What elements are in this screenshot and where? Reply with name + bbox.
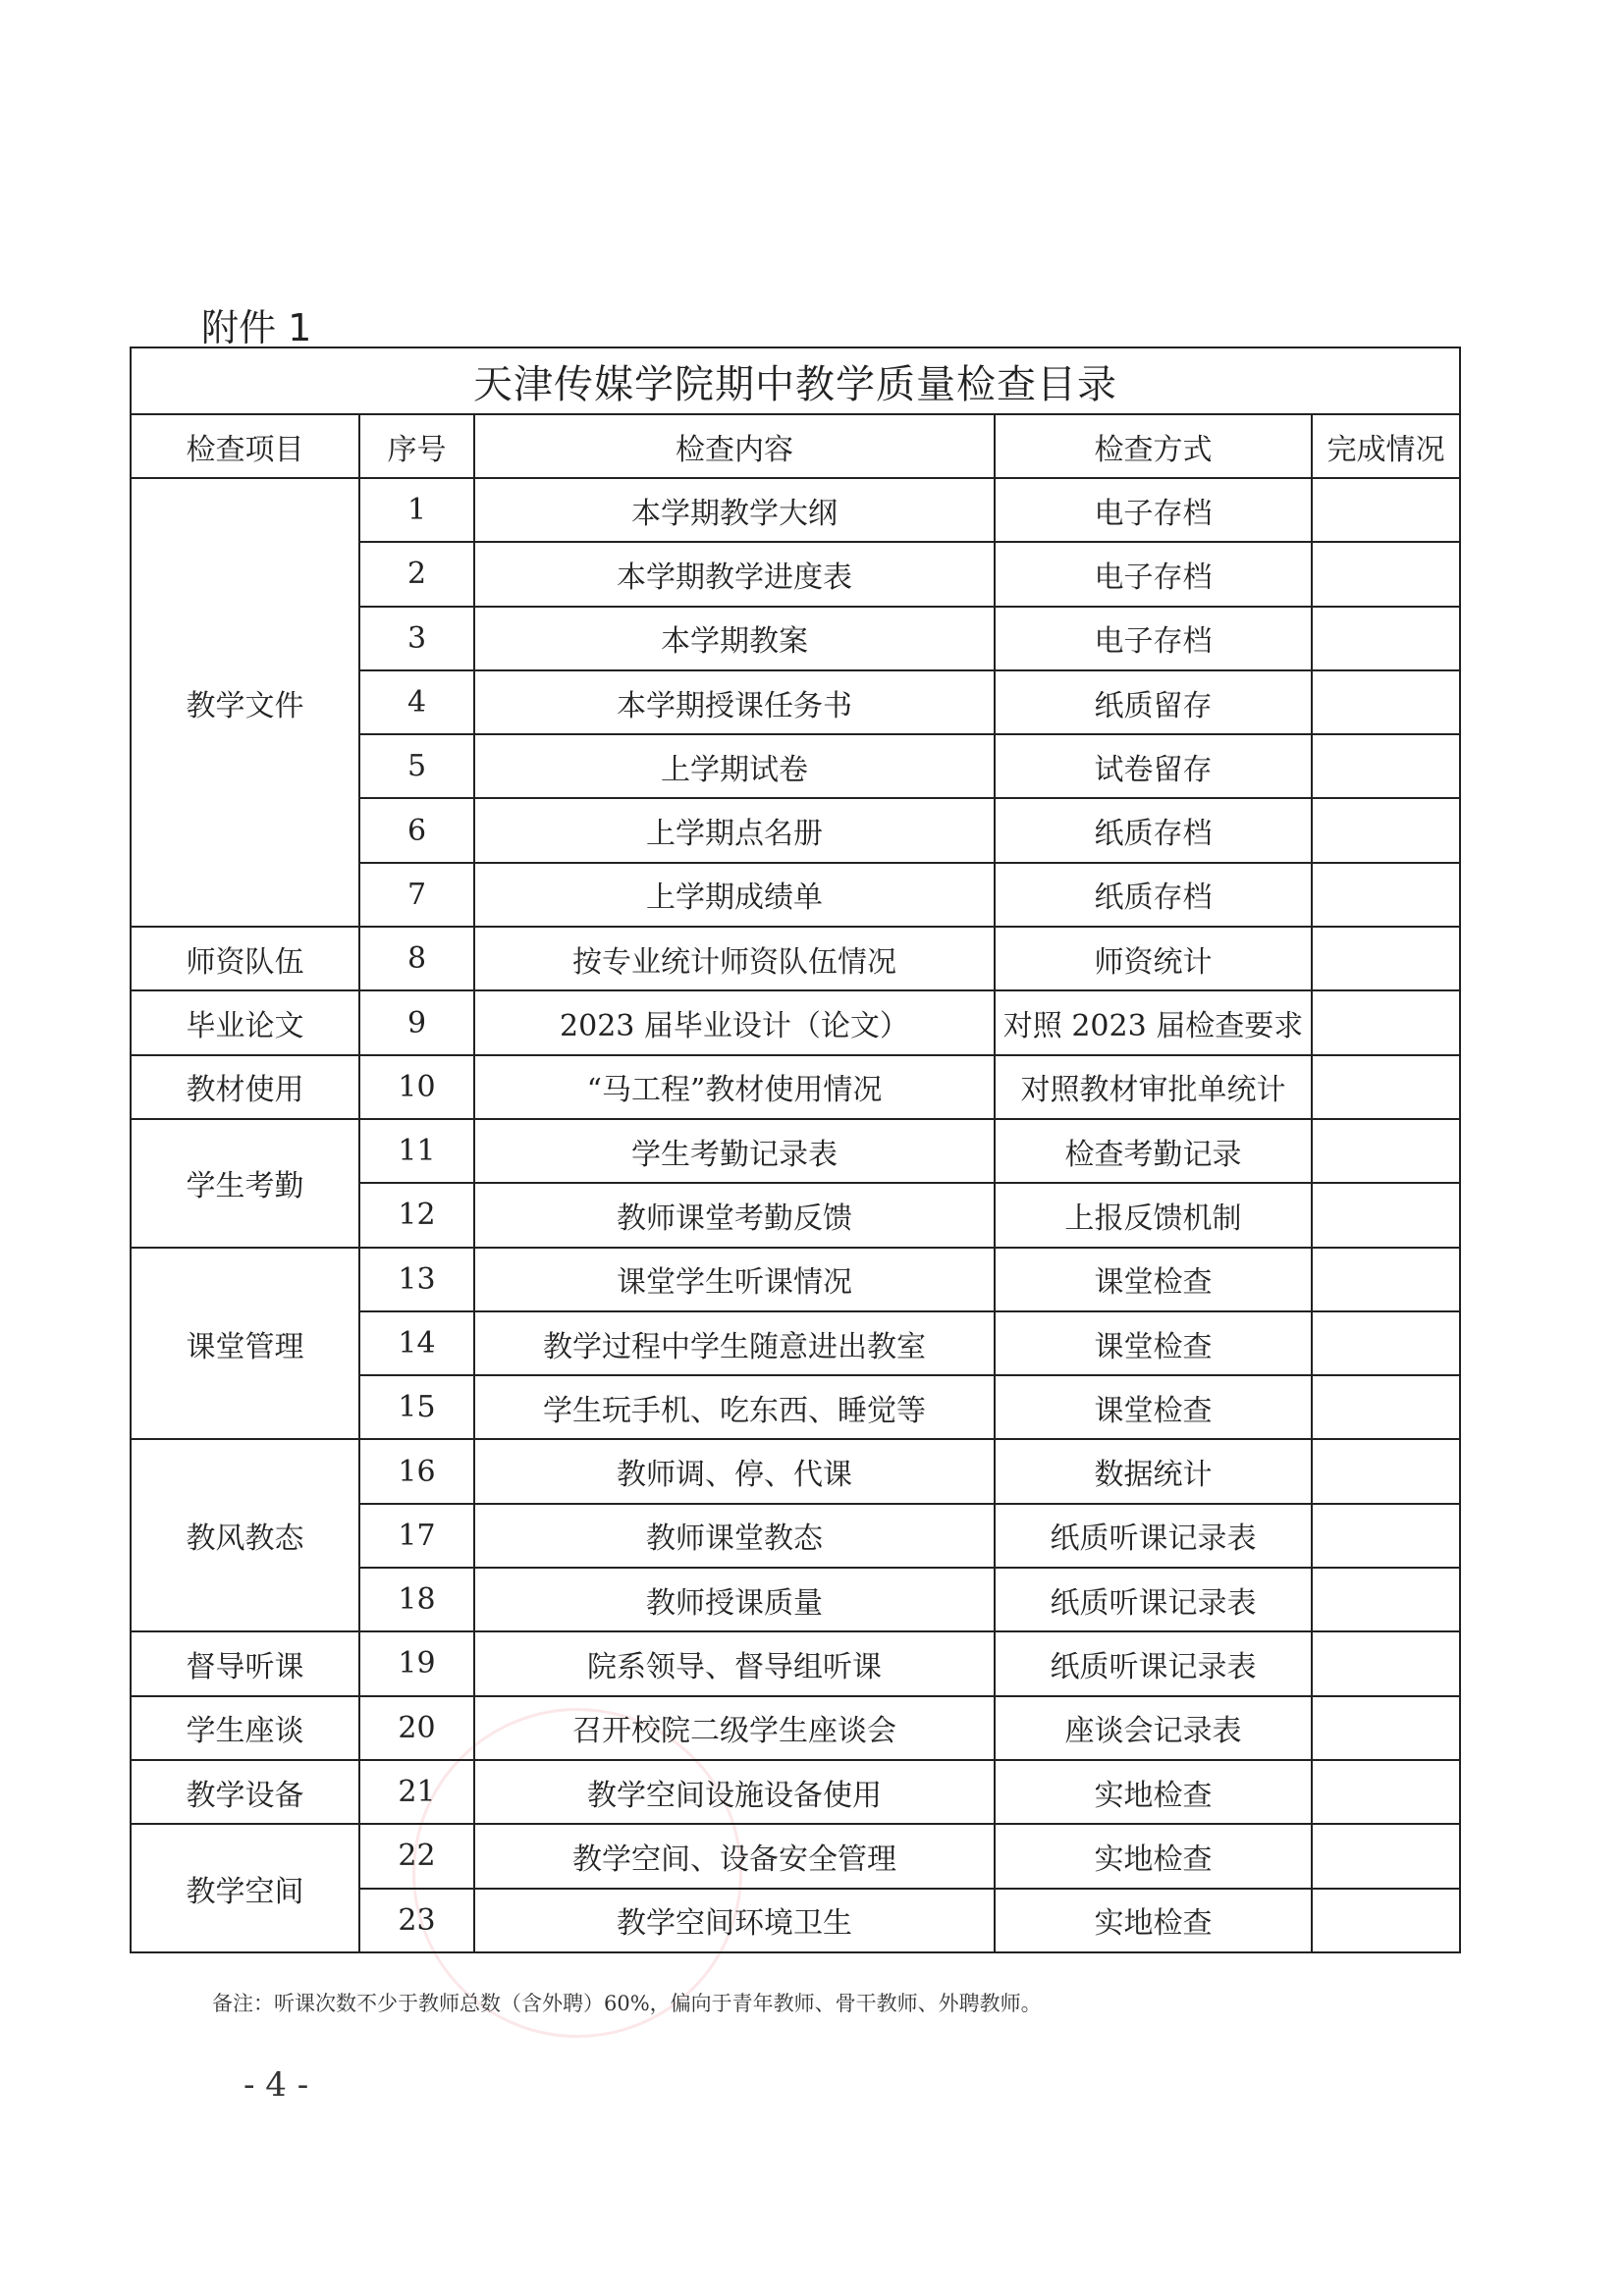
- content-cell: 教学空间、设备安全管理: [474, 1824, 995, 1888]
- row-number-cell: 20: [359, 1696, 474, 1760]
- status-cell[interactable]: [1312, 1375, 1460, 1439]
- category-cell: 课堂管理: [131, 1248, 359, 1440]
- content-cell: 本学期授课任务书: [474, 670, 995, 734]
- method-cell: 座谈会记录表: [995, 1696, 1312, 1760]
- row-number-cell: 11: [359, 1119, 474, 1183]
- status-cell[interactable]: [1312, 1183, 1460, 1247]
- method-cell: 对照 2023 届检查要求: [995, 990, 1312, 1054]
- content-cell: 上学期点名册: [474, 798, 995, 862]
- status-cell[interactable]: [1312, 863, 1460, 927]
- table-row: 学生座谈20召开校院二级学生座谈会座谈会记录表: [131, 1696, 1460, 1760]
- table-row: 毕业论文92023 届毕业设计（论文）对照 2023 届检查要求: [131, 990, 1460, 1054]
- content-cell: 教师调、停、代课: [474, 1439, 995, 1503]
- status-cell[interactable]: [1312, 1504, 1460, 1568]
- method-cell: 电子存档: [995, 607, 1312, 670]
- row-number-cell: 14: [359, 1311, 474, 1375]
- table-row: 督导听课19院系领导、督导组听课纸质听课记录表: [131, 1631, 1460, 1695]
- content-cell: 本学期教学进度表: [474, 542, 995, 606]
- row-number-cell: 9: [359, 990, 474, 1054]
- status-cell[interactable]: [1312, 1824, 1460, 1888]
- content-cell: 上学期试卷: [474, 734, 995, 798]
- status-cell[interactable]: [1312, 1119, 1460, 1183]
- header-content: 检查内容: [474, 414, 995, 478]
- content-cell: 教学空间设施设备使用: [474, 1760, 995, 1824]
- category-cell: 师资队伍: [131, 927, 359, 990]
- method-cell: 电子存档: [995, 542, 1312, 606]
- status-cell[interactable]: [1312, 734, 1460, 798]
- method-cell: 试卷留存: [995, 734, 1312, 798]
- content-cell: 本学期教学大纲: [474, 478, 995, 542]
- attachment-label: 附件 1: [201, 297, 311, 351]
- row-number-cell: 23: [359, 1889, 474, 1952]
- content-cell: 教学空间环境卫生: [474, 1889, 995, 1952]
- status-cell[interactable]: [1312, 1439, 1460, 1503]
- category-cell: 教学空间: [131, 1824, 359, 1952]
- content-cell: 召开校院二级学生座谈会: [474, 1696, 995, 1760]
- row-number-cell: 21: [359, 1760, 474, 1824]
- category-cell: 学生座谈: [131, 1696, 359, 1760]
- status-cell[interactable]: [1312, 1631, 1460, 1695]
- category-cell: 教风教态: [131, 1439, 359, 1631]
- status-cell[interactable]: [1312, 990, 1460, 1054]
- table-row: 教学设备21教学空间设施设备使用实地检查: [131, 1760, 1460, 1824]
- header-category: 检查项目: [131, 414, 359, 478]
- row-number-cell: 22: [359, 1824, 474, 1888]
- table-row: 课堂管理13课堂学生听课情况课堂检查: [131, 1248, 1460, 1311]
- row-number-cell: 19: [359, 1631, 474, 1695]
- category-cell: 教材使用: [131, 1055, 359, 1119]
- method-cell: 课堂检查: [995, 1311, 1312, 1375]
- method-cell: 实地检查: [995, 1889, 1312, 1952]
- content-cell: 院系领导、督导组听课: [474, 1631, 995, 1695]
- footnote: 备注：听课次数不少于教师总数（含外聘）60%，偏向于青年教师、骨干教师、外聘教师…: [212, 1988, 1042, 2017]
- row-number-cell: 1: [359, 478, 474, 542]
- status-cell[interactable]: [1312, 1055, 1460, 1119]
- table-row: 教学空间22教学空间、设备安全管理实地检查: [131, 1824, 1460, 1888]
- method-cell: 实地检查: [995, 1760, 1312, 1824]
- row-number-cell: 16: [359, 1439, 474, 1503]
- status-cell[interactable]: [1312, 1568, 1460, 1631]
- table-row: 教学文件1本学期教学大纲电子存档: [131, 478, 1460, 542]
- method-cell: 纸质存档: [995, 863, 1312, 927]
- method-cell: 纸质留存: [995, 670, 1312, 734]
- content-cell: 本学期教案: [474, 607, 995, 670]
- method-cell: 对照教材审批单统计: [995, 1055, 1312, 1119]
- method-cell: 电子存档: [995, 478, 1312, 542]
- method-cell: 数据统计: [995, 1439, 1312, 1503]
- row-number-cell: 6: [359, 798, 474, 862]
- content-cell: 学生考勤记录表: [474, 1119, 995, 1183]
- status-cell[interactable]: [1312, 798, 1460, 862]
- method-cell: 纸质听课记录表: [995, 1631, 1312, 1695]
- content-cell: 按专业统计师资队伍情况: [474, 927, 995, 990]
- status-cell[interactable]: [1312, 1311, 1460, 1375]
- content-cell: 课堂学生听课情况: [474, 1248, 995, 1311]
- header-method: 检查方式: [995, 414, 1312, 478]
- status-cell[interactable]: [1312, 670, 1460, 734]
- row-number-cell: 7: [359, 863, 474, 927]
- row-number-cell: 8: [359, 927, 474, 990]
- page-number: - 4 -: [243, 2065, 308, 2105]
- category-cell: 教学文件: [131, 478, 359, 927]
- method-cell: 课堂检查: [995, 1375, 1312, 1439]
- method-cell: 师资统计: [995, 927, 1312, 990]
- row-number-cell: 5: [359, 734, 474, 798]
- method-cell: 实地检查: [995, 1824, 1312, 1888]
- row-number-cell: 2: [359, 542, 474, 606]
- table-title: 天津传媒学院期中教学质量检查目录: [131, 347, 1460, 414]
- method-cell: 纸质听课记录表: [995, 1504, 1312, 1568]
- status-cell[interactable]: [1312, 1889, 1460, 1952]
- table-row: 学生考勤11学生考勤记录表检查考勤记录: [131, 1119, 1460, 1183]
- method-cell: 纸质听课记录表: [995, 1568, 1312, 1631]
- content-cell: 教师课堂考勤反馈: [474, 1183, 995, 1247]
- category-cell: 督导听课: [131, 1631, 359, 1695]
- content-cell: 教学过程中学生随意进出教室: [474, 1311, 995, 1375]
- method-cell: 课堂检查: [995, 1248, 1312, 1311]
- table-row: 教材使用10“马工程”教材使用情况对照教材审批单统计: [131, 1055, 1460, 1119]
- row-number-cell: 10: [359, 1055, 474, 1119]
- header-status: 完成情况: [1312, 414, 1460, 478]
- row-number-cell: 18: [359, 1568, 474, 1631]
- row-number-cell: 17: [359, 1504, 474, 1568]
- content-cell: 教师课堂教态: [474, 1504, 995, 1568]
- category-cell: 毕业论文: [131, 990, 359, 1054]
- row-number-cell: 12: [359, 1183, 474, 1247]
- category-cell: 教学设备: [131, 1760, 359, 1824]
- content-cell: 教师授课质量: [474, 1568, 995, 1631]
- status-cell[interactable]: [1312, 542, 1460, 606]
- table-row: 教风教态16教师调、停、代课数据统计: [131, 1439, 1460, 1503]
- method-cell: 纸质存档: [995, 798, 1312, 862]
- status-cell[interactable]: [1312, 1696, 1460, 1760]
- row-number-cell: 4: [359, 670, 474, 734]
- content-cell: “马工程”教材使用情况: [474, 1055, 995, 1119]
- method-cell: 上报反馈机制: [995, 1183, 1312, 1247]
- status-cell[interactable]: [1312, 1760, 1460, 1824]
- content-cell: 上学期成绩单: [474, 863, 995, 927]
- content-cell: 学生玩手机、吃东西、睡觉等: [474, 1375, 995, 1439]
- status-cell[interactable]: [1312, 478, 1460, 542]
- category-cell: 学生考勤: [131, 1119, 359, 1248]
- status-cell[interactable]: [1312, 607, 1460, 670]
- table-row: 师资队伍8按专业统计师资队伍情况师资统计: [131, 927, 1460, 990]
- row-number-cell: 13: [359, 1248, 474, 1311]
- content-cell: 2023 届毕业设计（论文）: [474, 990, 995, 1054]
- status-cell[interactable]: [1312, 927, 1460, 990]
- method-cell: 检查考勤记录: [995, 1119, 1312, 1183]
- inspection-table: 天津传媒学院期中教学质量检查目录 检查项目 序号 检查内容 检查方式 完成情况 …: [130, 347, 1461, 1953]
- row-number-cell: 3: [359, 607, 474, 670]
- header-no: 序号: [359, 414, 474, 478]
- status-cell[interactable]: [1312, 1248, 1460, 1311]
- row-number-cell: 15: [359, 1375, 474, 1439]
